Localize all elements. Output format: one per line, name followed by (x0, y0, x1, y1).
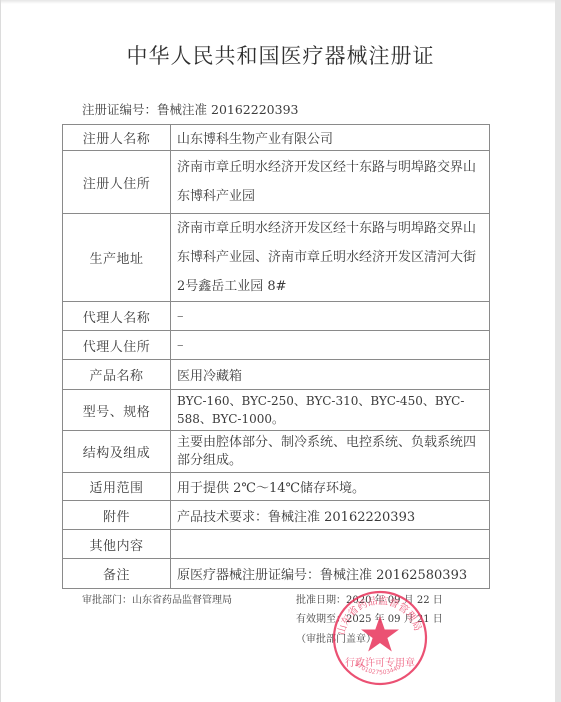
row-label: 结构及组成 (63, 431, 171, 473)
row-label: 代理人住所 (63, 331, 171, 360)
registration-number-label: 注册证编号： (82, 102, 157, 117)
row-value: BYC-160、BYC-250、BYC-310、BYC-450、BYC-588、… (171, 390, 490, 431)
table-row: 其他内容 (63, 530, 490, 559)
page-top-shadow (0, 0, 561, 4)
table-row: 产品名称 医用冷藏箱 (63, 360, 490, 390)
table-row: 型号、规格 BYC-160、BYC-250、BYC-310、BYC-450、BY… (63, 390, 490, 431)
page-left-edge (0, 0, 1, 702)
row-value: 产品技术要求：鲁械注准 20162220393 (171, 501, 490, 530)
certificate-table: 注册人名称 山东博科生物产业有限公司 注册人住所 济南市章丘明水经济开发区经十东… (62, 124, 490, 589)
row-label: 产品名称 (63, 360, 171, 390)
row-label: 其他内容 (63, 530, 171, 559)
row-value: – (171, 331, 490, 360)
row-label: 生产地址 (63, 214, 171, 302)
table-row: 备注 原医疗器械注册证编号：鲁械注准 20162580393 (63, 559, 490, 589)
document-title: 中华人民共和国医疗器械注册证 (0, 40, 561, 70)
row-label: 型号、规格 (63, 390, 171, 431)
row-value: 济南市章丘明水经济开发区经十东路与明埠路交界山东博科产业园 (171, 151, 490, 214)
table-row: 代理人住所 – (63, 331, 490, 360)
row-label: 附件 (63, 501, 171, 530)
official-seal-icon: 山东省药品监督管理局 行政许可专用章 3701027503440 (330, 588, 430, 688)
table-row: 适用范围 用于提供 2℃～14℃储存环境。 (63, 473, 490, 501)
table-row: 附件 产品技术要求：鲁械注准 20162220393 (63, 501, 490, 530)
row-label: 代理人名称 (63, 302, 171, 331)
registration-number-value: 鲁械注准 20162220393 (157, 102, 298, 117)
row-label: 注册人名称 (63, 125, 171, 151)
row-label: 注册人住所 (63, 151, 171, 214)
scrollbar-track[interactable] (555, 0, 561, 702)
table-row: 代理人名称 – (63, 302, 490, 331)
table-row: 结构及组成 主要由腔体部分、制冷系统、电控系统、负载系统四部分组成。 (63, 431, 490, 473)
row-value: 主要由腔体部分、制冷系统、电控系统、负载系统四部分组成。 (171, 431, 490, 473)
row-value: 医用冷藏箱 (171, 360, 490, 390)
row-value: 用于提供 2℃～14℃储存环境。 (171, 473, 490, 501)
registration-number: 注册证编号：鲁械注准 20162220393 (82, 100, 298, 118)
row-value: – (171, 302, 490, 331)
table-row: 注册人住所 济南市章丘明水经济开发区经十东路与明埠路交界山东博科产业园 (63, 151, 490, 214)
approval-department: 审批部门：山东省药品监督管理局 (82, 591, 232, 606)
row-label: 适用范围 (63, 473, 171, 501)
table-row: 生产地址 济南市章丘明水经济开发区经十东路与明埠路交界山东博科产业园、济南市章丘… (63, 214, 490, 302)
row-value: 原医疗器械注册证编号：鲁械注准 20162580393 (171, 559, 490, 589)
row-value: 山东博科生物产业有限公司 (171, 125, 490, 151)
row-label: 备注 (63, 559, 171, 589)
table-row: 注册人名称 山东博科生物产业有限公司 (63, 125, 490, 151)
row-value: 济南市章丘明水经济开发区经十东路与明埠路交界山东博科产业园、济南市章丘明水经济开… (171, 214, 490, 302)
row-value (171, 530, 490, 559)
